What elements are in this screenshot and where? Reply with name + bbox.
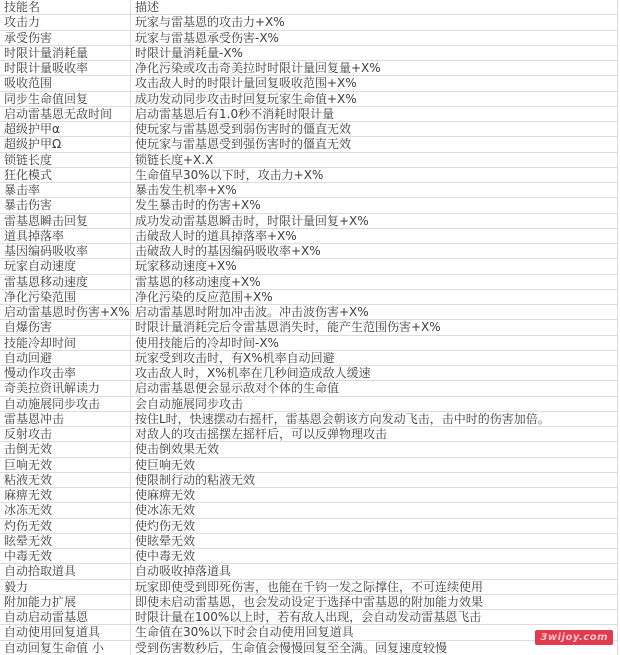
skill-name-cell: 眩晕无效 xyxy=(0,534,131,548)
skill-desc-cell: 雷基恩的移动速度+X% xyxy=(131,275,617,289)
skill-name-cell: 自动施展同步攻击 xyxy=(0,397,131,411)
table-row: 粘液无效使限制行动的粘液无效 xyxy=(0,473,617,488)
skill-desc-cell: 时限计量在100%以上时，若有敌人出现，会自动发动雷基恩飞击 xyxy=(131,610,617,624)
skill-name-cell: 麻痹无效 xyxy=(0,488,131,502)
table-row: 反射攻击对敌人的攻击摇摆左摇杆后，可以反弹物理攻击 xyxy=(0,427,617,442)
skill-name-cell: 自动启动雷基恩 xyxy=(0,610,131,624)
skill-desc-cell: 发生暴击时的伤害+X% xyxy=(131,198,617,212)
skill-desc-cell: 生命值早30%以下时，攻击力+X% xyxy=(131,168,617,182)
skill-desc-cell: 玩家即使受到即死伤害，也能在千钧一发之际撑住，不可连续使用 xyxy=(131,580,617,594)
skill-name-cell: 同步生命值回复 xyxy=(0,92,131,106)
skill-desc-cell: 使玩家与雷基恩受到强伤害时的僵直无效 xyxy=(131,137,617,151)
skill-desc-cell: 对敌人的攻击摇摆左摇杆后，可以反弹物理攻击 xyxy=(131,427,617,441)
skill-name-cell: 附加能力扩展 xyxy=(0,595,131,609)
skill-desc-cell: 使用技能后的冷却时间-X% xyxy=(131,336,617,350)
skill-name-cell: 雷基恩移动速度 xyxy=(0,275,131,289)
table-row: 中毒无效使中毒无效 xyxy=(0,549,617,564)
skill-desc-cell: 击破敌人时的基因编码吸收率+X% xyxy=(131,244,617,258)
skill-desc-cell: 即使未启动雷基恩，也会发动设定于选择中雷基恩的附加能力效果 xyxy=(131,595,617,609)
skill-name-cell: 毅力 xyxy=(0,580,131,594)
skill-desc-cell: 锁链长度+X.X xyxy=(131,153,617,167)
skill-name-cell: 攻击力 xyxy=(0,15,131,29)
skill-name-cell: 自动拾取道具 xyxy=(0,564,131,578)
skill-desc-cell: 使眩晕无效 xyxy=(131,534,617,548)
skill-name-cell: 时限计量吸收率 xyxy=(0,61,131,75)
table-row: 承受伤害玩家与雷基恩承受伤害-X% xyxy=(0,31,617,46)
skill-name-cell: 承受伤害 xyxy=(0,31,131,45)
skill-name-cell: 自爆伤害 xyxy=(0,320,131,334)
skill-desc-cell: 启动雷基恩后有1.0秒不消耗时限计量 xyxy=(131,107,617,121)
table-row: 吸收范围攻击敌人时的时限计量回复吸收范围+X% xyxy=(0,76,617,91)
skill-desc-cell: 使中毒无效 xyxy=(131,549,617,563)
table-row: 奇美拉资讯解读力启动雷基恩便会显示敌对个体的生命值 xyxy=(0,381,617,396)
skill-name-cell: 粘液无效 xyxy=(0,473,131,487)
table-row: 雷基恩冲击按住L时，快速摆动右摇杆，雷基恩会朝该方向发动飞击，击中时的伤害加倍。 xyxy=(0,412,617,427)
table-row: 冰冻无效使冰冻无效 xyxy=(0,503,617,518)
skill-name-cell: 巨响无效 xyxy=(0,458,131,472)
table-header-row: 技能名 描述 xyxy=(0,0,617,15)
skill-name-cell: 反射攻击 xyxy=(0,427,131,441)
skill-name-cell: 玩家自动速度 xyxy=(0,259,131,273)
skill-desc-cell: 玩家与雷基恩的攻击力+X% xyxy=(131,15,617,29)
skill-name-cell: 道具掉落率 xyxy=(0,229,131,243)
table-row: 启动雷基恩无敌时间启动雷基恩后有1.0秒不消耗时限计量 xyxy=(0,107,617,122)
skill-name-cell: 基因编码吸收率 xyxy=(0,244,131,258)
skill-name-cell: 狂化模式 xyxy=(0,168,131,182)
table-row: 灼伤无效使灼伤无效 xyxy=(0,519,617,534)
skill-name-cell: 锁链长度 xyxy=(0,153,131,167)
table-row: 毅力玩家即使受到即死伤害，也能在千钧一发之际撑住，不可连续使用 xyxy=(0,580,617,595)
table-row: 玩家自动速度玩家移动速度+X% xyxy=(0,259,617,274)
skill-name-cell: 启动雷基恩时伤害+X% xyxy=(0,305,131,319)
skill-name-cell: 技能冷却时间 xyxy=(0,336,131,350)
table-row: 道具掉落率击破敌人时的道具掉落率+X% xyxy=(0,229,617,244)
table-row: 巨响无效使巨响无效 xyxy=(0,458,617,473)
skill-name-cell: 自动回避 xyxy=(0,351,131,365)
table-row: 自动回复生命值 小受到伤害数秒后，生命值会慢慢回复至全满。回复速度较慢 xyxy=(0,641,617,655)
header-skill-name: 技能名 xyxy=(0,0,131,14)
skill-name-cell: 超级护甲Ω xyxy=(0,137,131,151)
table-row: 时限计量吸收率净化污染或攻击奇美拉时时限计量回复量+X% xyxy=(0,61,617,76)
skill-table: 技能名 描述 攻击力玩家与雷基恩的攻击力+X%承受伤害玩家与雷基恩承受伤害-X%… xyxy=(0,0,618,655)
table-row: 麻痹无效使麻痹无效 xyxy=(0,488,617,503)
table-row: 自爆伤害时限计量消耗完后令雷基恩消失时，能产生范围伤害+X% xyxy=(0,320,617,335)
skill-desc-cell: 使麻痹无效 xyxy=(131,488,617,502)
skill-desc-cell: 启动雷基恩便会显示敌对个体的生命值 xyxy=(131,381,617,395)
skill-desc-cell: 会自动施展同步攻击 xyxy=(131,397,617,411)
skill-desc-cell: 净化污染或攻击奇美拉时时限计量回复量+X% xyxy=(131,61,617,75)
skill-desc-cell: 成功发动同步攻击时回复玩家生命值+X% xyxy=(131,92,617,106)
skill-name-cell: 自动使用回复道具 xyxy=(0,625,131,639)
skill-desc-cell: 时限计量消耗完后令雷基恩消失时，能产生范围伤害+X% xyxy=(131,320,617,334)
skill-name-cell: 自动回复生命值 小 xyxy=(0,641,131,655)
table-row: 击倒无效使击倒效果无效 xyxy=(0,442,617,457)
skill-name-cell: 雷基恩瞬击回复 xyxy=(0,214,131,228)
table-row: 眩晕无效使眩晕无效 xyxy=(0,534,617,549)
skill-name-cell: 启动雷基恩无敌时间 xyxy=(0,107,131,121)
skill-desc-cell: 使巨响无效 xyxy=(131,458,617,472)
table-row: 狂化模式生命值早30%以下时，攻击力+X% xyxy=(0,168,617,183)
table-row: 雷基恩移动速度雷基恩的移动速度+X% xyxy=(0,275,617,290)
table-row: 自动使用回复道具生命值在30%以下时会自动使用回复道具 xyxy=(0,625,617,640)
table-row: 附加能力扩展即使未启动雷基恩，也会发动设定于选择中雷基恩的附加能力效果 xyxy=(0,595,617,610)
skill-desc-cell: 使灼伤无效 xyxy=(131,519,617,533)
skill-name-cell: 奇美拉资讯解读力 xyxy=(0,381,131,395)
skill-name-cell: 灼伤无效 xyxy=(0,519,131,533)
skill-desc-cell: 玩家移动速度+X% xyxy=(131,259,617,273)
table-row: 超级护甲α使玩家与雷基恩受到弱伤害时的僵直无效 xyxy=(0,122,617,137)
table-row: 技能冷却时间使用技能后的冷却时间-X% xyxy=(0,336,617,351)
table-row: 暴击伤害发生暴击时的伤害+X% xyxy=(0,198,617,213)
table-row: 自动回避玩家受到攻击时，有X%机率自动回避 xyxy=(0,351,617,366)
skill-name-cell: 击倒无效 xyxy=(0,442,131,456)
skill-desc-cell: 启动雷基恩时附加冲击波。冲击波伤害+X% xyxy=(131,305,617,319)
skill-name-cell: 慢动作攻击率 xyxy=(0,366,131,380)
skill-name-cell: 暴击伤害 xyxy=(0,198,131,212)
skill-name-cell: 中毒无效 xyxy=(0,549,131,563)
skill-desc-cell: 击破敌人时的道具掉落率+X% xyxy=(131,229,617,243)
skill-desc-cell: 成功发动雷基恩瞬击时，时限计量回复+X% xyxy=(131,214,617,228)
header-description: 描述 xyxy=(131,0,617,14)
table-row: 暴击率暴击发生机率+X% xyxy=(0,183,617,198)
table-row: 自动拾取道具自动吸收掉落道具 xyxy=(0,564,617,579)
skill-desc-cell: 暴击发生机率+X% xyxy=(131,183,617,197)
table-row: 同步生命值回复成功发动同步攻击时回复玩家生命值+X% xyxy=(0,92,617,107)
table-row: 自动启动雷基恩时限计量在100%以上时，若有敌人出现，会自动发动雷基恩飞击 xyxy=(0,610,617,625)
skill-desc-cell: 使玩家与雷基恩受到弱伤害时的僵直无效 xyxy=(131,122,617,136)
table-row: 攻击力玩家与雷基恩的攻击力+X% xyxy=(0,15,617,30)
skill-desc-cell: 使冰冻无效 xyxy=(131,503,617,517)
table-row: 净化污染范围净化污染的反应范围+X% xyxy=(0,290,617,305)
table-row: 自动施展同步攻击会自动施展同步攻击 xyxy=(0,397,617,412)
table-row: 慢动作攻击率攻击敌人时，X%机率在几秒间造成敌人缓速 xyxy=(0,366,617,381)
skill-desc-cell: 攻击敌人时，X%机率在几秒间造成敌人缓速 xyxy=(131,366,617,380)
skill-name-cell: 时限计量消耗量 xyxy=(0,46,131,60)
table-row: 锁链长度锁链长度+X.X xyxy=(0,153,617,168)
skill-desc-cell: 玩家受到攻击时，有X%机率自动回避 xyxy=(131,351,617,365)
skill-desc-cell: 使限制行动的粘液无效 xyxy=(131,473,617,487)
table-row: 超级护甲Ω使玩家与雷基恩受到强伤害时的僵直无效 xyxy=(0,137,617,152)
skill-name-cell: 净化污染范围 xyxy=(0,290,131,304)
skill-desc-cell: 玩家与雷基恩承受伤害-X% xyxy=(131,31,617,45)
site-watermark: 3wijoy.com xyxy=(535,630,613,645)
skill-desc-cell: 攻击敌人时的时限计量回复吸收范围+X% xyxy=(131,76,617,90)
skill-desc-cell: 时限计量消耗量-X% xyxy=(131,46,617,60)
skill-desc-cell: 自动吸收掉落道具 xyxy=(131,564,617,578)
table-row: 基因编码吸收率击破敌人时的基因编码吸收率+X% xyxy=(0,244,617,259)
table-row: 雷基恩瞬击回复成功发动雷基恩瞬击时，时限计量回复+X% xyxy=(0,214,617,229)
skill-name-cell: 暴击率 xyxy=(0,183,131,197)
skill-name-cell: 冰冻无效 xyxy=(0,503,131,517)
skill-desc-cell: 按住L时，快速摆动右摇杆，雷基恩会朝该方向发动飞击，击中时的伤害加倍。 xyxy=(131,412,617,426)
skill-desc-cell: 使击倒效果无效 xyxy=(131,442,617,456)
skill-desc-cell: 净化污染的反应范围+X% xyxy=(131,290,617,304)
table-row: 启动雷基恩时伤害+X%启动雷基恩时附加冲击波。冲击波伤害+X% xyxy=(0,305,617,320)
skill-name-cell: 吸收范围 xyxy=(0,76,131,90)
skill-name-cell: 雷基恩冲击 xyxy=(0,412,131,426)
table-row: 时限计量消耗量时限计量消耗量-X% xyxy=(0,46,617,61)
skill-name-cell: 超级护甲α xyxy=(0,122,131,136)
